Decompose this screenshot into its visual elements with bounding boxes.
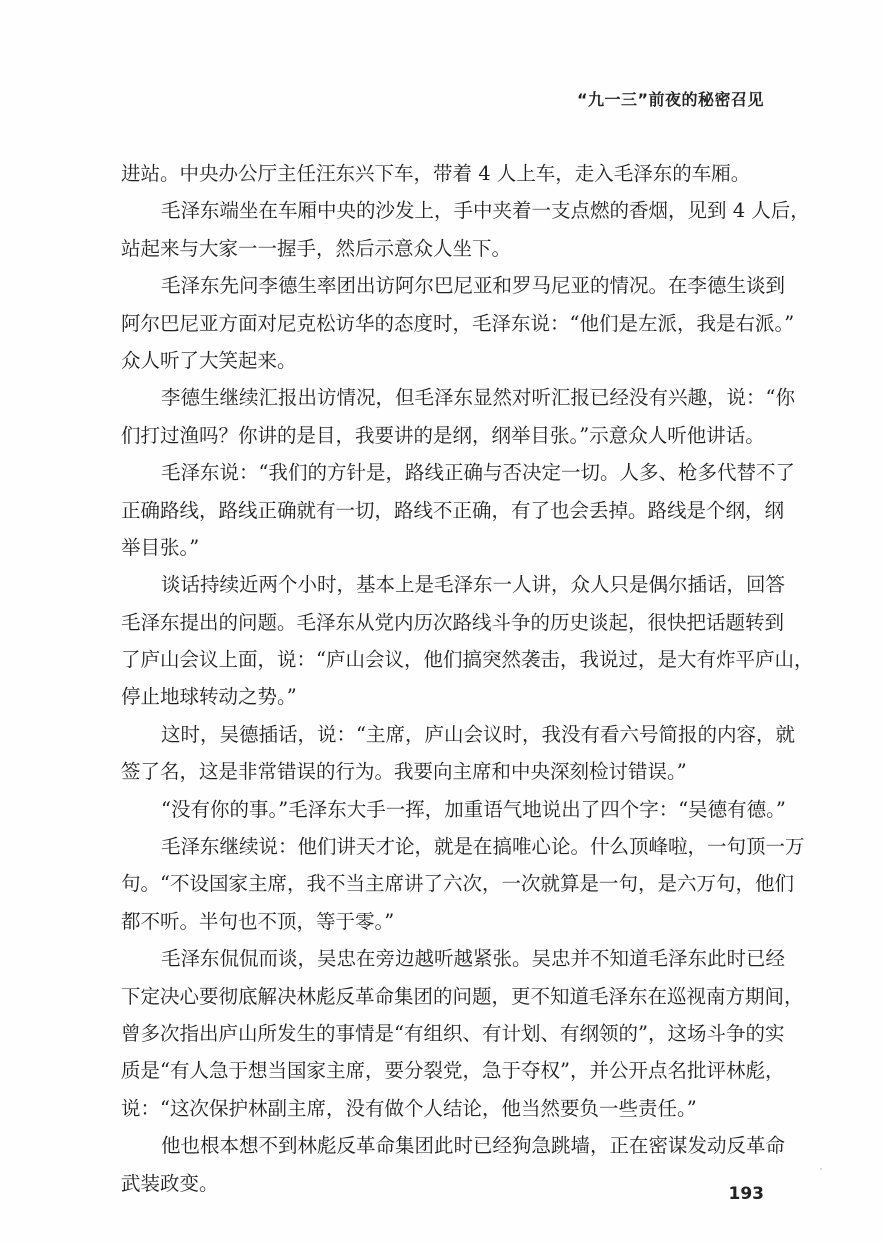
text-line: 毛泽东继续说：他们讲天才论，就是在搞唯心论。什么顶峰啦，一句顶一万 [121,828,765,865]
text-line: 进站。中央办公厅主任汪东兴下车，带着 4 人上车，走入毛泽东的车厢。 [121,155,765,192]
text-line: 说：“这次保护林副主席，没有做个人结论，他当然要负一些责任。” [121,1090,765,1127]
text-line: 武装政变。 [121,1165,765,1202]
text-line: 质是“有人急于想当国家主席，要分裂党，急于夺权”，并公开点名批评林彪， [121,1052,765,1089]
text-line: 了庐山会议上面，说：“庐山会议，他们搞突然袭击，我说过，是大有炸平庐山， [121,641,765,678]
scan-speck [590,388,592,390]
text-line: 曾多次指出庐山所发生的事情是“有组织、有计划、有纲领的”，这场斗争的实 [121,1015,765,1052]
text-line: 他也根本想不到林彪反革命集团此时已经狗急跳墙，正在密谋发动反革命 [121,1127,765,1164]
text-line: 李德生继续汇报出访情况，但毛泽东显然对听汇报已经没有兴趣，说：“你 [121,379,765,416]
text-line: 毛泽东先问李德生率团出访阿尔巴尼亚和罗马尼亚的情况。在李德生谈到 [121,267,765,304]
text-line: 举目张。” [121,529,765,566]
scan-speck [581,882,583,884]
text-line: 这时，吴德插话，说：“主席，庐山会议时，我没有看六号简报的内容，就 [121,716,765,753]
text-line: 众人听了大笑起来。 [121,342,765,379]
text-line: 毛泽东侃侃而谈，吴忠在旁边越听越紧张。吴忠并不知道毛泽东此时已经 [121,940,765,977]
text-line: 句。“不设国家主席，我不当主席讲了六次，一次就算是一句，是六万句，他们 [121,865,765,902]
text-line: 站起来与大家一一握手，然后示意众人坐下。 [121,230,765,267]
body-text: 进站。中央办公厅主任汪东兴下车，带着 4 人上车，走入毛泽东的车厢。毛泽东端坐在… [121,155,765,1202]
text-line: 签了名，这是非常错误的行为。我要向主席和中央深刻检讨错误。” [121,753,765,790]
text-line: 都不听。半句也不顶，等于零。” [121,903,765,940]
text-line: 下定决心要彻底解决林彪反革命集团的问题，更不知道毛泽东在巡视南方期间， [121,978,765,1015]
running-header: “九一三”前夜的秘密召见 [577,87,764,110]
text-line: 毛泽东说：“我们的方针是，路线正确与否决定一切。人多、枪多代替不了 [121,454,765,491]
text-line: 毛泽东提出的问题。毛泽东从党内历次路线斗争的历史谈起，很快把话题转到 [121,604,765,641]
text-line: 停止地球转动之势。” [121,678,765,715]
text-line: 阿尔巴尼亚方面对尼克松访华的态度时，毛泽东说：“他们是左派，我是右派。” [121,305,765,342]
text-line: 毛泽东端坐在车厢中央的沙发上，手中夹着一支点燃的香烟，见到 4 人后， [121,192,765,229]
text-line: 们打过渔吗？你讲的是目，我要讲的是纲，纲举目张。”示意众人听他讲话。 [121,417,765,454]
text-line: “没有你的事。”毛泽东大手一挥，加重语气地说出了四个字：“吴德有德。” [121,791,765,828]
scan-speck [820,1168,822,1170]
book-page: “九一三”前夜的秘密召见 进站。中央办公厅主任汪东兴下车，带着 4 人上车，走入… [0,0,882,1244]
text-line: 正确路线，路线正确就有一切，路线不正确，有了也会丢掉。路线是个纲，纲 [121,492,765,529]
text-line: 谈话持续近两个小时，基本上是毛泽东一人讲，众人只是偶尔插话，回答 [121,566,765,603]
page-number: 193 [729,1184,765,1204]
